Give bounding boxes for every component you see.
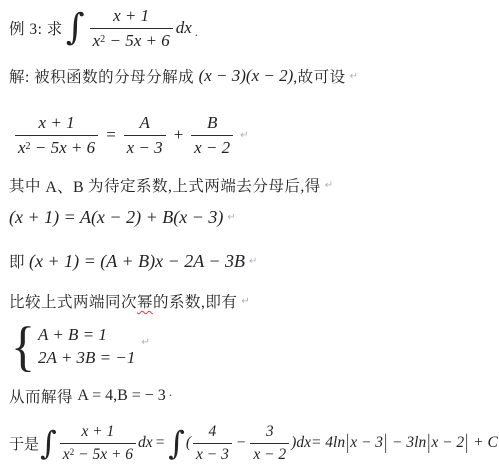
paragraph-mark-icon: ↵ — [240, 130, 248, 141]
open-paren: ( — [186, 434, 191, 452]
lhs-fraction: x + 1 x2 − 5x + 6 — [15, 113, 98, 157]
partial-fraction-equation: x + 1 x2 − 5x + 6 = A x − 3 + B x − 2 ↵ — [12, 106, 249, 164]
system-equation-1: A + B = 1 — [38, 325, 135, 345]
fraction-numerator: 3 — [250, 423, 289, 444]
fraction-denominator: x2 − 5x + 6 — [90, 29, 173, 51]
factorization-expression: (x − 3)(x − 2) — [199, 66, 294, 86]
abs-bar-icon: | — [465, 431, 468, 455]
sentence-period: . — [169, 384, 172, 408]
integral-sign-icon: ∫ — [66, 12, 85, 44]
paragraph-mark-icon: ↵ — [350, 71, 358, 82]
integral-sign-icon: ∫ — [40, 429, 57, 458]
close-paren-dx: )dx — [291, 434, 311, 452]
fraction-b: B x − 2 — [191, 113, 233, 157]
fraction-numerator: x + 1 — [60, 423, 136, 444]
coefficients-note: 其中 A、B 为待定系数,上式两端去分母后,得 ↵ — [9, 173, 333, 197]
therefore-label: 从而解得 — [9, 385, 77, 407]
differential-dx: dx — [138, 434, 153, 452]
paragraph-mark-icon: ↵ — [227, 212, 235, 223]
differential-dx: dx — [176, 18, 192, 38]
fraction-denominator: x − 3 — [193, 444, 232, 464]
abs-argument-1: x − 3 — [350, 434, 383, 452]
left-brace-icon: { — [11, 319, 35, 374]
compare-coefficients-note: 比较上式两端同次 幂 的系数,即有 ↵ — [9, 289, 250, 313]
fraction-numerator: 4 — [193, 423, 232, 444]
note-text-after: 为待定系数,上式两端去分母后,得 — [84, 174, 321, 196]
paragraph-mark-icon: ↵ — [241, 296, 249, 307]
plus-sign: + — [173, 125, 184, 145]
solution-text-before: 解: 被积函数的分母分解成 — [9, 65, 199, 87]
integrand-fraction: x + 1 x2 − 5x + 6 — [60, 423, 136, 464]
fraction-denominator: x2 − 5x + 6 — [60, 444, 136, 464]
coefficients-ab: A、B — [45, 174, 83, 197]
integral-sign-icon: ∫ — [168, 429, 185, 458]
system-equation-2: 2A + 3B = −1 — [38, 348, 135, 368]
example-heading: 例 3: 求 ∫ x + 1 x2 − 5x + 6 dx . — [9, 2, 198, 54]
fraction-numerator: x + 1 — [90, 6, 173, 29]
equation-text: (x + 1) = (A + B)x − 2A − 3B — [29, 251, 245, 272]
note-text-before: 其中 — [9, 174, 45, 196]
fraction-numerator: A — [124, 113, 166, 136]
expanded-equation: 即 (x + 1) = (A + B)x − 2A − 3B ↵ — [9, 247, 257, 275]
sentence-period: . — [195, 24, 198, 54]
fraction-denominator: x − 2 — [191, 136, 233, 158]
namely-label: 即 — [9, 250, 25, 272]
equals-sign: = — [105, 125, 116, 145]
coefficient-values: A = 4,B = − 3 — [77, 387, 165, 405]
equation-system: { A + B = 1 2A + 3B = −1 ↵ — [11, 318, 150, 374]
spellcheck-underlined-text: 幂 — [137, 290, 153, 312]
equals-sign: = — [155, 434, 165, 452]
abs-argument-2: x − 2 — [431, 434, 464, 452]
cleared-denominator-equation: (x + 1) = A(x − 2) + B(x − 3) ↵ — [9, 203, 236, 231]
equation-text: (x + 1) = A(x − 2) + B(x − 3) — [9, 207, 223, 228]
integrand-fraction: x + 1 x2 − 5x + 6 — [90, 6, 173, 50]
fraction-four: 4 x − 3 — [193, 423, 232, 464]
document-page: 例 3: 求 ∫ x + 1 x2 − 5x + 6 dx . 解: 被积函数的… — [0, 0, 499, 476]
fraction-numerator: x + 1 — [15, 113, 98, 136]
solution-intro: 解: 被积函数的分母分解成 (x − 3)(x − 2) ,故可设 ↵ — [9, 64, 358, 88]
abs-bar-icon: | — [346, 431, 349, 455]
example-label: 例 3: 求 — [9, 17, 63, 39]
paragraph-mark-icon: ↵ — [325, 180, 333, 191]
fraction-denominator: x − 2 — [250, 444, 289, 464]
result-term-1: = 4ln — [311, 434, 345, 452]
solved-coefficients: 从而解得 A = 4,B = − 3 . — [9, 384, 172, 408]
result-term-2: − 3ln — [388, 434, 426, 452]
fraction-a: A x − 3 — [124, 113, 166, 157]
paragraph-mark-icon: ↵ — [249, 256, 257, 267]
constant-c-term: + C — [469, 434, 498, 452]
final-result-equation: 于是 ∫ x + 1 x2 − 5x + 6 dx = ∫ ( 4 x − 3 … — [9, 414, 499, 472]
note-text-before: 比较上式两端同次 — [9, 290, 137, 312]
fraction-denominator: x − 3 — [124, 136, 166, 158]
fraction-numerator: B — [191, 113, 233, 136]
thus-label: 于是 — [9, 433, 39, 454]
fraction-three: 3 x − 2 — [250, 423, 289, 464]
note-text-after: 的系数,即有 — [153, 290, 237, 312]
abs-bar-icon: | — [427, 431, 430, 455]
minus-sign: − — [236, 434, 246, 452]
fraction-denominator: x2 − 5x + 6 — [15, 136, 98, 158]
solution-text-after: ,故可设 — [293, 65, 345, 87]
abs-bar-icon: | — [384, 431, 387, 455]
system-equations: A + B = 1 2A + 3B = −1 — [38, 325, 135, 368]
paragraph-mark-icon: ↵ — [141, 337, 149, 348]
